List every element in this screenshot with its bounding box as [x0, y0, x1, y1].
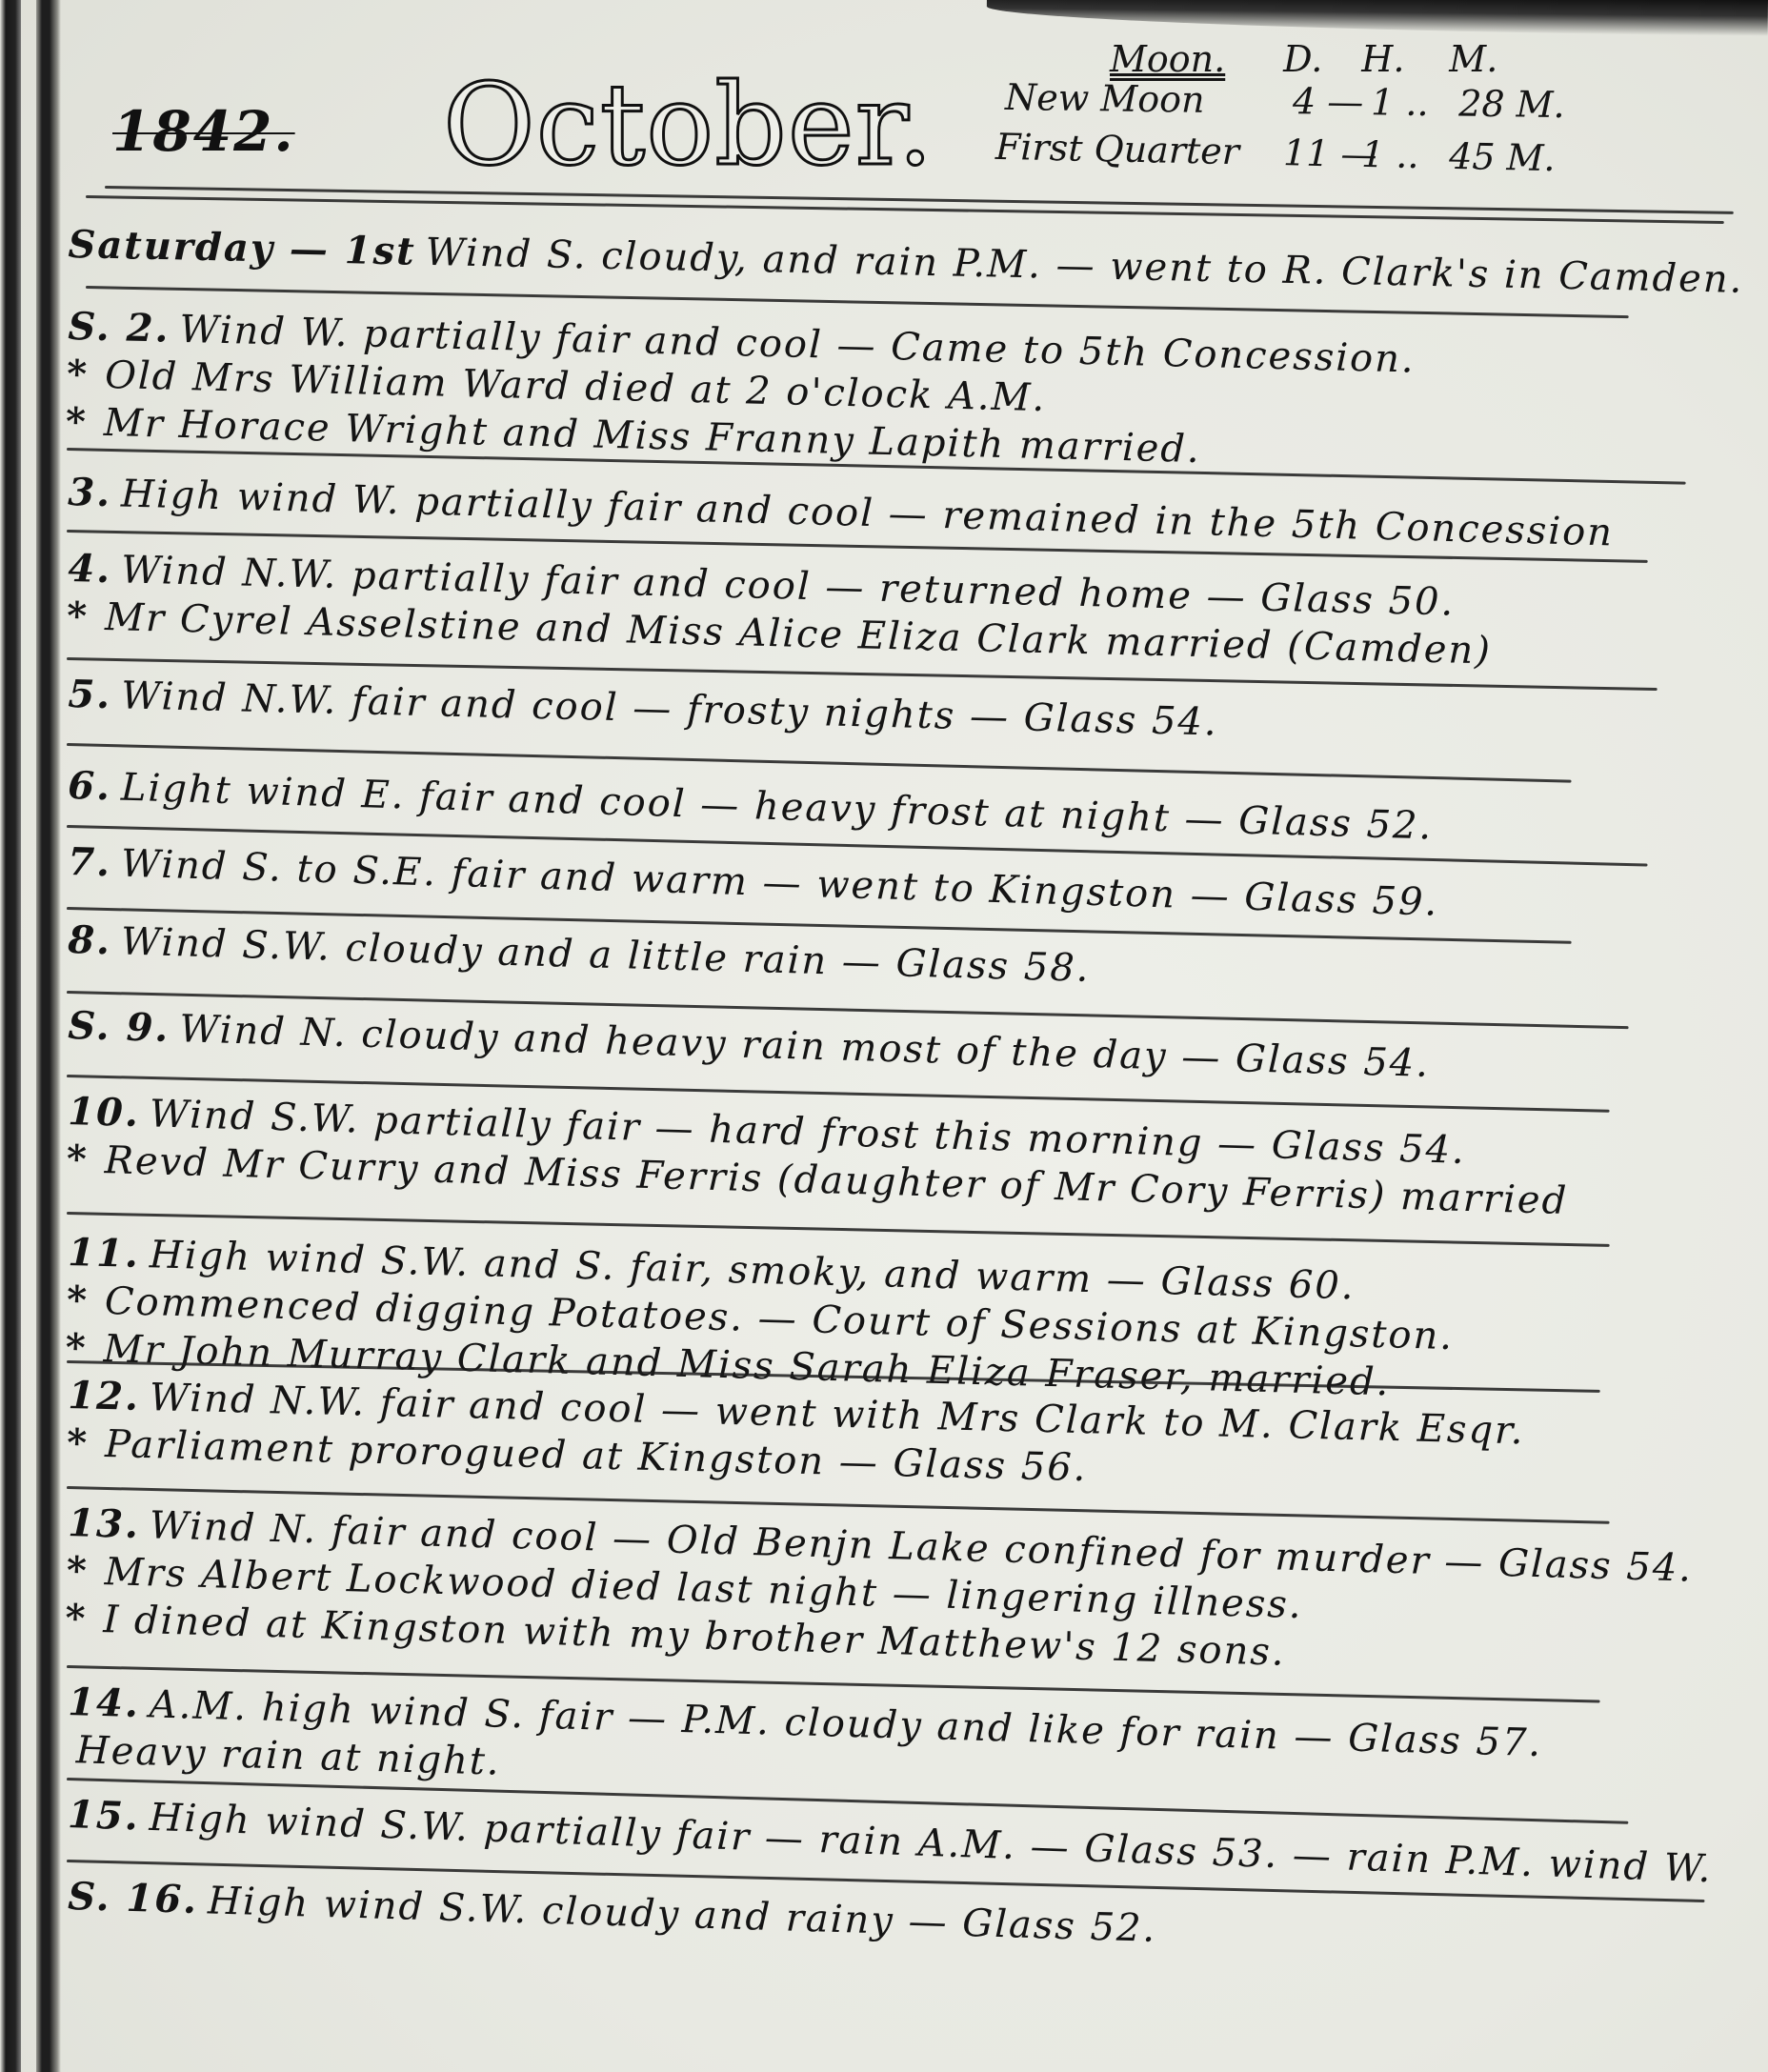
diary-entry: S. 9.Wind N. cloudy and heavy rain most … [68, 1002, 1431, 1088]
asterisk-marker-icon: * [67, 593, 106, 641]
entry-text: High wind S.W. cloudy and rainy — Glass … [207, 1879, 1156, 1951]
asterisk-marker-icon: * [66, 1136, 105, 1184]
asterisk-marker-icon: * [66, 1547, 105, 1596]
diary-entries: Saturday — 1stWind S. cloudy, and rain P… [0, 0, 1768, 2072]
diary-entry: 6.Light wind E. fair and cool — heavy fr… [68, 762, 1434, 851]
diary-entry: 3.High wind W. partially fair and cool —… [68, 469, 1615, 556]
entry-text: Wind S. cloudy, and rain P.M. — went to … [425, 231, 1744, 302]
diary-entry: 13.Wind N. fair and cool — Old Benjn Lak… [65, 1499, 1694, 1688]
asterisk-marker-icon: * [65, 398, 104, 447]
entry-date: 10. [68, 1089, 141, 1136]
entry-line: 6.Light wind E. fair and cool — heavy fr… [68, 762, 1434, 851]
diary-entry: 10.Wind S.W. partially fair — hard frost… [66, 1088, 1570, 1225]
entry-date: 5. [68, 672, 112, 717]
entry-date: 7. [68, 839, 112, 885]
asterisk-marker-icon: * [67, 1419, 106, 1468]
entry-date: S. 2. [68, 304, 171, 352]
entry-date: 3. [68, 470, 112, 515]
entry-date: S. 9. [68, 1003, 171, 1051]
entry-text: High wind W. partially fair and cool — r… [120, 472, 1614, 554]
entry-text: Wind N.W. fair and cool — frosty nights … [121, 674, 1219, 744]
entry-date: Saturday — 1st [68, 222, 416, 274]
entry-date: 15. [67, 1792, 140, 1839]
diary-entry: 4.Wind N.W. partially fair and cool — re… [67, 545, 1494, 675]
entry-text: Light wind E. fair and cool — heavy fros… [120, 766, 1434, 849]
entry-text: Wind S.W. cloudy and a little rain — Gla… [120, 920, 1091, 991]
diary-entry: 5.Wind N.W. fair and cool — frosty night… [68, 671, 1218, 746]
entry-date: 6. [68, 763, 112, 809]
entry-date: S. 16. [68, 1874, 199, 1922]
entry-date: 14. [68, 1680, 141, 1726]
diary-page: 1842. October. Moon. D. H. M. New Moon 4… [0, 0, 1768, 2072]
entry-line: 5.Wind N.W. fair and cool — frosty night… [68, 671, 1218, 746]
entry-date: 4. [68, 546, 112, 592]
entry-line: 3.High wind W. partially fair and cool —… [68, 469, 1615, 556]
entry-line: S. 9.Wind N. cloudy and heavy rain most … [68, 1002, 1431, 1088]
asterisk-marker-icon: * [67, 351, 106, 399]
asterisk-marker-icon: * [65, 1324, 104, 1373]
diary-entry: 14.A.M. high wind S. fair — P.M. cloudy … [66, 1679, 1543, 1815]
entry-date: 13. [68, 1500, 141, 1547]
entry-date: 11. [68, 1230, 141, 1277]
asterisk-marker-icon: * [65, 1595, 104, 1643]
entry-date: 12. [68, 1373, 141, 1419]
entry-date: 8. [68, 917, 112, 963]
asterisk-marker-icon: * [66, 1277, 105, 1325]
entry-text: Heavy rain at night. [75, 1728, 501, 1783]
